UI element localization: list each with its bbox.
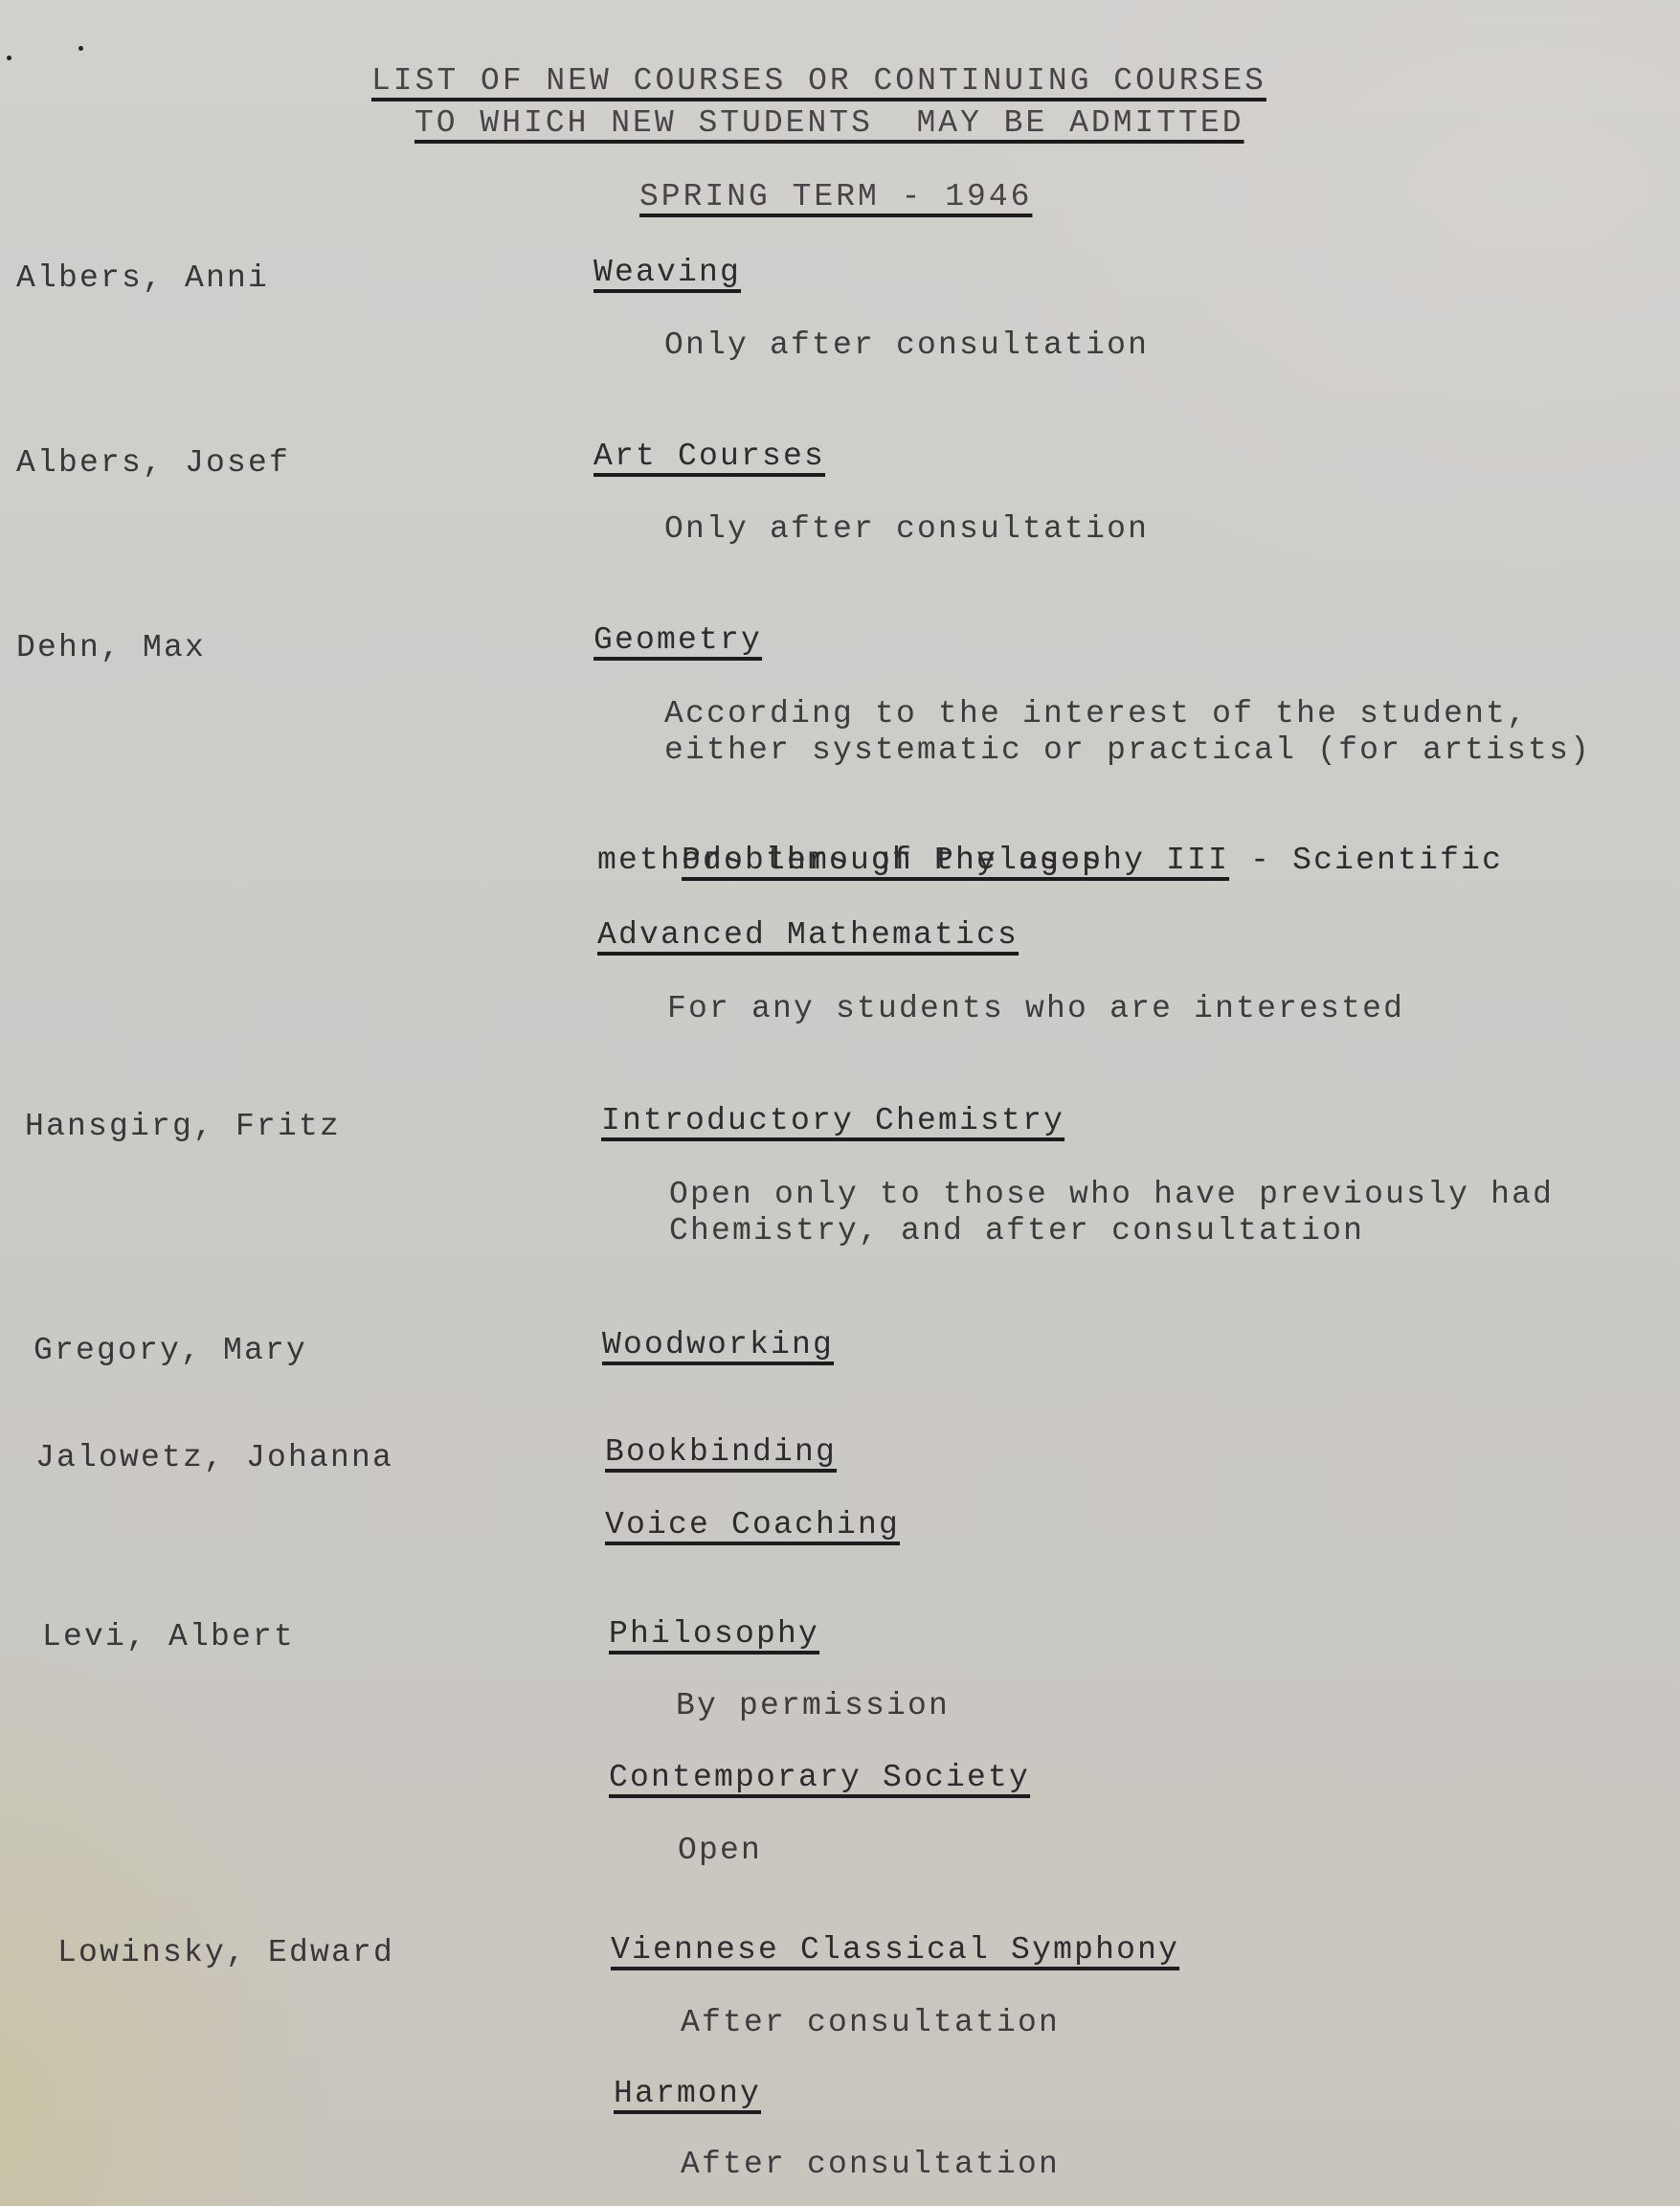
- instructor-name: Hansgirg, Fritz: [25, 1109, 341, 1145]
- course-title: Voice Coaching: [605, 1507, 900, 1543]
- course-title: Woodworking: [602, 1327, 834, 1363]
- term-heading: SPRING TERM - 1946: [639, 179, 1032, 215]
- instructor-name: Levi, Albert: [42, 1619, 295, 1655]
- course-title: Introductory Chemistry: [601, 1103, 1064, 1139]
- course-note: Chemistry, and after consultation: [669, 1213, 1364, 1249]
- course-title: Bookbinding: [605, 1434, 837, 1471]
- course-title: Advanced Mathematics: [597, 917, 1019, 954]
- instructor-name: Jalowetz, Johanna: [35, 1440, 393, 1476]
- course-title: Contemporary Society: [609, 1760, 1030, 1796]
- course-note: After consultation: [681, 2147, 1060, 2183]
- course-note: Open: [678, 1833, 762, 1869]
- course-note: According to the interest of the student…: [664, 696, 1528, 732]
- course-title: Philosophy: [609, 1616, 819, 1653]
- course-title: Geometry: [594, 622, 762, 659]
- instructor-name: Albers, Josef: [16, 445, 290, 482]
- instructor-name: Gregory, Mary: [34, 1333, 307, 1369]
- course-note: either systematic or practical (for arti…: [664, 732, 1591, 769]
- instructor-name: Dehn, Max: [16, 630, 206, 666]
- instructor-name: Albers, Anni: [16, 260, 269, 297]
- document-title-line-2: TO WHICH NEW STUDENTS MAY BE ADMITTED: [414, 105, 1244, 142]
- course-title: Harmony: [614, 2076, 761, 2112]
- course-note: Open only to those who have previously h…: [669, 1177, 1554, 1213]
- course-note: Only after consultation: [664, 511, 1149, 548]
- document-title-line-1: LIST OF NEW COURSES OR CONTINUING COURSE…: [371, 63, 1266, 100]
- course-title: Viennese Classical Symphony: [611, 1932, 1179, 1969]
- course-note: For any students who are interested: [667, 991, 1404, 1027]
- course-note: By permission: [676, 1688, 950, 1724]
- course-title: Weaving: [594, 255, 741, 291]
- course-title-line-2: methods through the ages: [597, 843, 1103, 879]
- ink-speck: [7, 56, 11, 60]
- ink-speck: [78, 46, 83, 51]
- instructor-name: Lowinsky, Edward: [57, 1935, 394, 1971]
- course-title: Art Courses: [594, 439, 825, 475]
- course-note: Only after consultation: [664, 327, 1149, 364]
- course-title-continued: - Scientific: [1229, 843, 1503, 878]
- course-note: After consultation: [681, 2005, 1060, 2041]
